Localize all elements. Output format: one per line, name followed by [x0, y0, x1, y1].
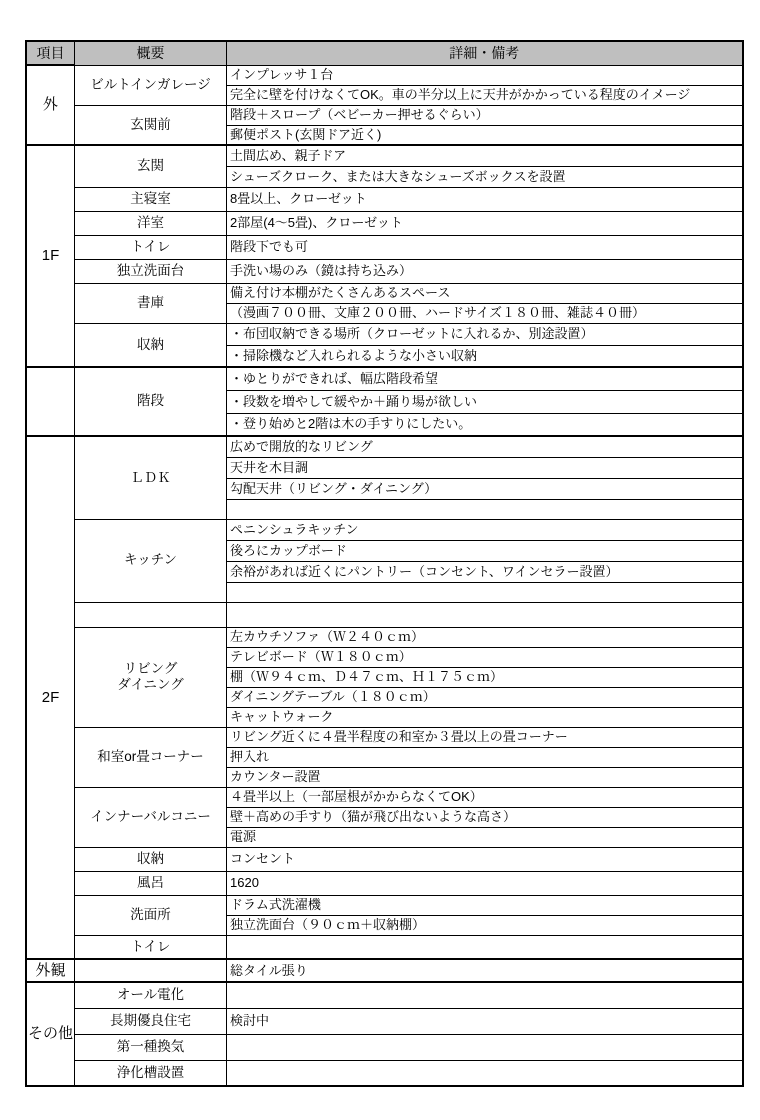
detail-cell: 手洗い場のみ（鏡は持ち込み） [227, 259, 743, 283]
summary-cell [75, 602, 227, 627]
detail-cell: 電源 [227, 827, 743, 847]
summary-cell: ＬＤＫ [75, 436, 227, 519]
detail-cell: 1620 [227, 871, 743, 895]
detail-cell: 郵便ポスト(玄関ドア近く) [227, 125, 743, 145]
detail-cell: ・登り始めと2階は木の手すりにしたい。 [227, 413, 743, 436]
requirements-sheet: 項目 概要 詳細・備考 外 ビルトインガレージ インプレッサ１台 完全に壁を付け… [25, 40, 744, 1087]
summary-cell: リビング ダイニング [75, 627, 227, 727]
detail-cell: 総タイル張り [227, 959, 743, 982]
detail-cell: 広めで開放的なリビング [227, 436, 743, 457]
detail-cell: ・布団収納できる場所（クローゼットに入れるか、別途設置） [227, 323, 743, 345]
table-row: その他 オール電化 [26, 982, 743, 1008]
table-row: 和室or畳コーナー リビング近くに４畳半程度の和室か３畳以上の畳コーナー [26, 727, 743, 747]
table-row: 玄関前 階段＋スロープ（ベビーカー押せるぐらい） [26, 105, 743, 125]
summary-cell: トイレ [75, 935, 227, 959]
summary-cell: 和室or畳コーナー [75, 727, 227, 787]
detail-cell [227, 935, 743, 959]
summary-cell: 洗面所 [75, 895, 227, 935]
header-row: 項目 概要 詳細・備考 [26, 41, 743, 65]
summary-cell: 長期優良住宅 [75, 1008, 227, 1034]
detail-cell: ・掃除機など入れられるような小さい収納 [227, 345, 743, 367]
detail-cell: キャットウォーク [227, 707, 743, 727]
detail-cell: ドラム式洗濯機 [227, 895, 743, 915]
summary-cell: 主寝室 [75, 187, 227, 211]
table-row: トイレ [26, 935, 743, 959]
header-summary: 概要 [75, 41, 227, 65]
header-item: 項目 [26, 41, 75, 65]
summary-cell: 玄関前 [75, 105, 227, 145]
table-row [26, 602, 743, 627]
table-row: 収納 ・布団収納できる場所（クローゼットに入れるか、別途設置） [26, 323, 743, 345]
table-row: 外観 総タイル張り [26, 959, 743, 982]
detail-cell [227, 1034, 743, 1060]
detail-cell [227, 582, 743, 602]
house-requirements-table: 項目 概要 詳細・備考 外 ビルトインガレージ インプレッサ１台 完全に壁を付け… [25, 40, 744, 1087]
section-label: 2F [26, 436, 75, 959]
table-row: 浄化槽設置 [26, 1060, 743, 1086]
summary-cell: 浄化槽設置 [75, 1060, 227, 1086]
table-row: インナーバルコニー ４畳半以上（一部屋根がかからなくてOK） [26, 787, 743, 807]
detail-cell: 左カウチソファ（Ｗ２４０ｃｍ） [227, 627, 743, 647]
table-row: 洗面所 ドラム式洗濯機 [26, 895, 743, 915]
table-row: 独立洗面台 手洗い場のみ（鏡は持ち込み） [26, 259, 743, 283]
summary-cell: 第一種換気 [75, 1034, 227, 1060]
table-row: 第一種換気 [26, 1034, 743, 1060]
detail-cell: 8畳以上、クローゼット [227, 187, 743, 211]
detail-cell: テレビボード（Ｗ１８０ｃｍ） [227, 647, 743, 667]
summary-cell: キッチン [75, 519, 227, 602]
detail-cell [227, 602, 743, 627]
table-row: リビング ダイニング 左カウチソファ（Ｗ２４０ｃｍ） [26, 627, 743, 647]
detail-cell [227, 982, 743, 1008]
detail-cell: 完全に壁を付けなくてOK。車の半分以上に天井がかかっている程度のイメージ [227, 85, 743, 105]
detail-cell: 階段＋スロープ（ベビーカー押せるぐらい） [227, 105, 743, 125]
detail-cell: ダイニングテーブル（１８０ｃｍ） [227, 687, 743, 707]
detail-cell: 独立洗面台（９０ｃｍ＋収納棚） [227, 915, 743, 935]
summary-cell: 風呂 [75, 871, 227, 895]
detail-cell: 備え付け本棚がたくさんあるスペース [227, 283, 743, 303]
summary-cell: インナーバルコニー [75, 787, 227, 847]
summary-cell: オール電化 [75, 982, 227, 1008]
summary-cell: 洋室 [75, 211, 227, 235]
section-label: 外観 [26, 959, 75, 982]
header-detail: 詳細・備考 [227, 41, 743, 65]
detail-cell: 勾配天井（リビング・ダイニング） [227, 478, 743, 499]
table-row: 収納 コンセント [26, 847, 743, 871]
detail-cell: インプレッサ１台 [227, 65, 743, 85]
detail-cell: 検討中 [227, 1008, 743, 1034]
section-label: 1F [26, 145, 75, 367]
detail-cell: ・段数を増やして緩やか＋踊り場が欲しい [227, 390, 743, 413]
detail-cell: 余裕があれば近くにパントリー（コンセント、ワインセラー設置） [227, 561, 743, 582]
detail-cell: 壁＋高めの手すり（猫が飛び出ないような高さ） [227, 807, 743, 827]
table-row: 風呂 1620 [26, 871, 743, 895]
detail-cell: 棚（Ｗ９４ｃｍ、Ｄ４７ｃｍ、Ｈ１７５ｃｍ） [227, 667, 743, 687]
detail-cell: カウンター設置 [227, 767, 743, 787]
section-label: 外 [26, 65, 75, 145]
summary-cell: トイレ [75, 235, 227, 259]
detail-cell: ペニンシュラキッチン [227, 519, 743, 540]
detail-cell [227, 1060, 743, 1086]
table-row: 洋室 2部屋(4～5畳)、クローゼット [26, 211, 743, 235]
table-row: 書庫 備え付け本棚がたくさんあるスペース [26, 283, 743, 303]
detail-cell: コンセント [227, 847, 743, 871]
table-row: 長期優良住宅 検討中 [26, 1008, 743, 1034]
detail-cell [227, 499, 743, 519]
detail-cell: 階段下でも可 [227, 235, 743, 259]
detail-cell: ４畳半以上（一部屋根がかからなくてOK） [227, 787, 743, 807]
table-row: トイレ 階段下でも可 [26, 235, 743, 259]
summary-cell: 階段 [75, 367, 227, 436]
table-row: 階段 ・ゆとりができれば、幅広階段希望 [26, 367, 743, 390]
table-row: キッチン ペニンシュラキッチン [26, 519, 743, 540]
summary-cell: 収納 [75, 323, 227, 367]
detail-cell: リビング近くに４畳半程度の和室か３畳以上の畳コーナー [227, 727, 743, 747]
summary-cell: 収納 [75, 847, 227, 871]
summary-cell [75, 959, 227, 982]
detail-cell: 2部屋(4～5畳)、クローゼット [227, 211, 743, 235]
section-label: その他 [26, 982, 75, 1086]
detail-cell: シューズクローク、または大きなシューズボックスを設置 [227, 166, 743, 187]
summary-cell: 独立洗面台 [75, 259, 227, 283]
section-label [26, 367, 75, 436]
detail-cell: （漫画７００冊、文庫２００冊、ハードサイズ１８０冊、雑誌４０冊） [227, 303, 743, 323]
table-row: 2F ＬＤＫ 広めで開放的なリビング [26, 436, 743, 457]
detail-cell: ・ゆとりができれば、幅広階段希望 [227, 367, 743, 390]
detail-cell: 天井を木目調 [227, 457, 743, 478]
summary-cell: 玄関 [75, 145, 227, 187]
detail-cell: 押入れ [227, 747, 743, 767]
table-row: 外 ビルトインガレージ インプレッサ１台 [26, 65, 743, 85]
table-row: 1F 玄関 土間広め、親子ドア [26, 145, 743, 166]
table-row: 主寝室 8畳以上、クローゼット [26, 187, 743, 211]
page: { "table": { "header": { "item": "項目", "… [0, 0, 760, 1120]
detail-cell: 土間広め、親子ドア [227, 145, 743, 166]
summary-cell: 書庫 [75, 283, 227, 323]
detail-cell: 後ろにカップボード [227, 540, 743, 561]
summary-cell: ビルトインガレージ [75, 65, 227, 105]
